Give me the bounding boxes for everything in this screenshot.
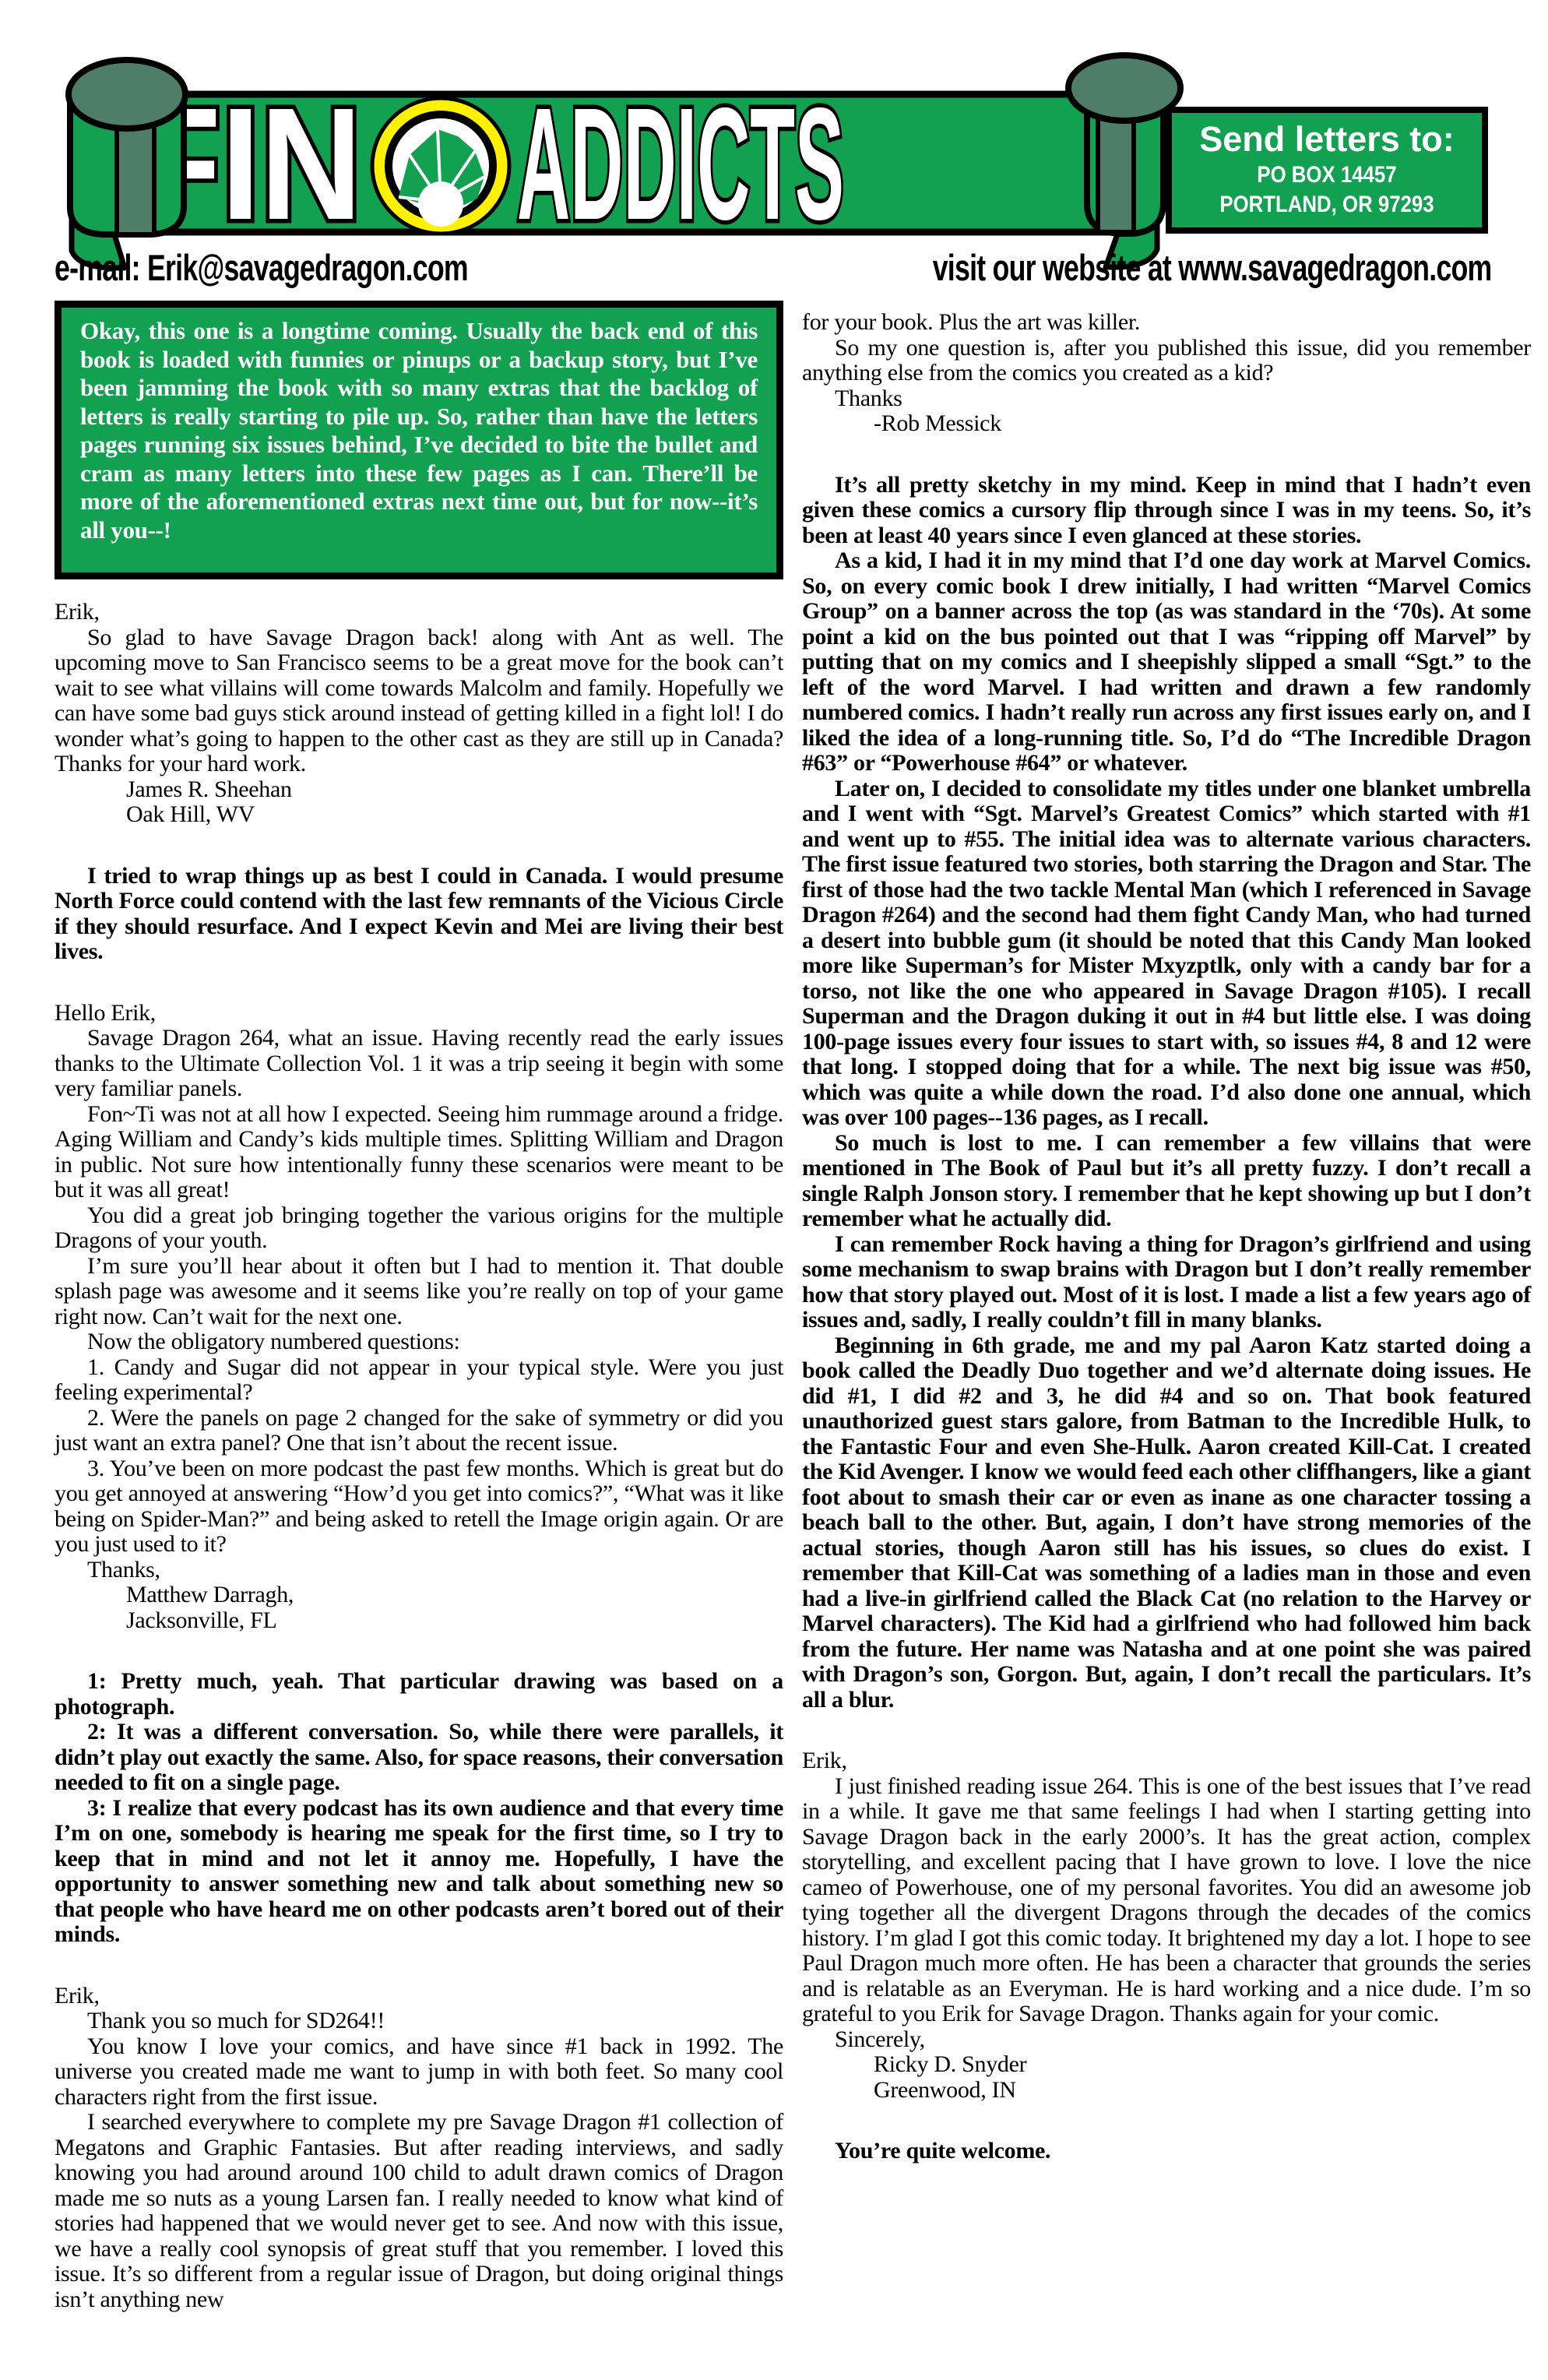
letter-paragraph: Sincerely, xyxy=(802,2027,1531,2053)
editor-reply-paragraph: Beginning in 6th grade, me and my pal Aa… xyxy=(802,1333,1531,1713)
letter-salutation: Erik, xyxy=(802,1748,1531,1774)
editor-reply-paragraph: Later on, I decided to consolidate my ti… xyxy=(802,776,1531,1131)
letter-paragraph: So glad to have Savage Dragon back! alon… xyxy=(55,625,783,777)
email-address: e-mail: Erik@savagedragon.com xyxy=(55,248,468,288)
letter-paragraph: Thanks, xyxy=(55,1558,783,1583)
editor-reply-paragraph: It’s all pretty sketchy in my mind. Keep… xyxy=(802,473,1531,549)
letter-paragraph: You know I love your comics, and have si… xyxy=(55,2034,783,2111)
editor-reply-paragraph: You’re quite welcome. xyxy=(802,2139,1531,2164)
letter-paragraph: I’m sure you’ll hear about it often but … xyxy=(55,1254,783,1330)
letter-paragraph: Savage Dragon 264, what an issue. Having… xyxy=(55,1026,783,1102)
letter-paragraph: You did a great job bringing together th… xyxy=(55,1203,783,1254)
editor-intro-box: Okay, this one is a longtime coming. Usu… xyxy=(55,301,783,579)
letter-salutation: Hello Erik, xyxy=(55,1001,783,1026)
letter-paragraph: So my one question is, after you publish… xyxy=(802,336,1531,386)
logo-text-addicts: ADDICTS xyxy=(517,75,844,253)
letter-signature: Greenwood, IN xyxy=(802,2078,1531,2104)
editor-reply-paragraph: So much is lost to me. I can remember a … xyxy=(802,1131,1531,1232)
letters-page: { "header": { "logo": { "left": "FIN", "… xyxy=(0,0,1548,2380)
letter-signature: Matthew Darragh, xyxy=(55,1583,783,1608)
website-address: visit our website at www.savagedragon.co… xyxy=(933,248,1492,288)
po-box-line: PO BOX 14457 xyxy=(1194,160,1460,190)
letter-paragraph: I searched everywhere to complete my pre… xyxy=(55,2110,783,2312)
editor-reply-paragraph: I tried to wrap things up as best I coul… xyxy=(55,864,783,965)
editor-reply-paragraph: As a kid, I had it in my mind that I’d o… xyxy=(802,548,1531,776)
editor-intro-text: Okay, this one is a longtime coming. Usu… xyxy=(80,317,758,544)
letter-continuation: for your book. Plus the art was killer. xyxy=(802,310,1531,336)
city-state-zip-line: PORTLAND, OR 97293 xyxy=(1194,190,1460,220)
dragon-fin-icon xyxy=(372,98,509,234)
letter-signature: Ricky D. Snyder xyxy=(802,2052,1531,2078)
letter-paragraph: 1. Candy and Sugar did not appear in you… xyxy=(55,1355,783,1406)
letter-signature: Oak Hill, WV xyxy=(55,802,783,828)
letter-paragraph: 3. You’ve been on more podcast the past … xyxy=(55,1456,783,1558)
letter-paragraph: I just finished reading issue 264. This … xyxy=(802,1774,1531,2027)
letter-salutation: Erik, xyxy=(55,600,783,625)
letter-salutation: Erik, xyxy=(55,1984,783,2009)
letter-signature: James R. Sheehan xyxy=(55,777,783,803)
editor-reply-paragraph: 1: Pretty much, yeah. That particular dr… xyxy=(55,1669,783,1720)
letter-paragraph: Thank you so much for SD264!! xyxy=(55,2009,783,2034)
letter-paragraph: Thanks xyxy=(802,386,1531,412)
editor-reply-paragraph: I can remember Rock having a thing for D… xyxy=(802,1232,1531,1333)
letter-paragraph: Fon~Ti was not at all how I expected. Se… xyxy=(55,1102,783,1203)
editor-reply-paragraph: 3: I realize that every podcast has its … xyxy=(55,1796,783,1948)
send-letters-title: Send letters to: xyxy=(1172,120,1482,159)
letter-paragraph: 2. Were the panels on page 2 changed for… xyxy=(55,1406,783,1456)
editor-reply-paragraph: 2: It was a different conversation. So, … xyxy=(55,1720,783,1796)
send-letters-box: Send letters to: PO BOX 14457 PORTLAND, … xyxy=(1166,107,1488,234)
letter-signature: Jacksonville, FL xyxy=(55,1608,783,1634)
left-column: Erik,So glad to have Savage Dragon back!… xyxy=(55,600,783,2312)
letter-paragraph: Now the obligatory numbered questions: xyxy=(55,1329,783,1355)
letter-signature: -Rob Messick xyxy=(802,411,1531,437)
right-column: for your book. Plus the art was killer.S… xyxy=(802,310,1531,2164)
